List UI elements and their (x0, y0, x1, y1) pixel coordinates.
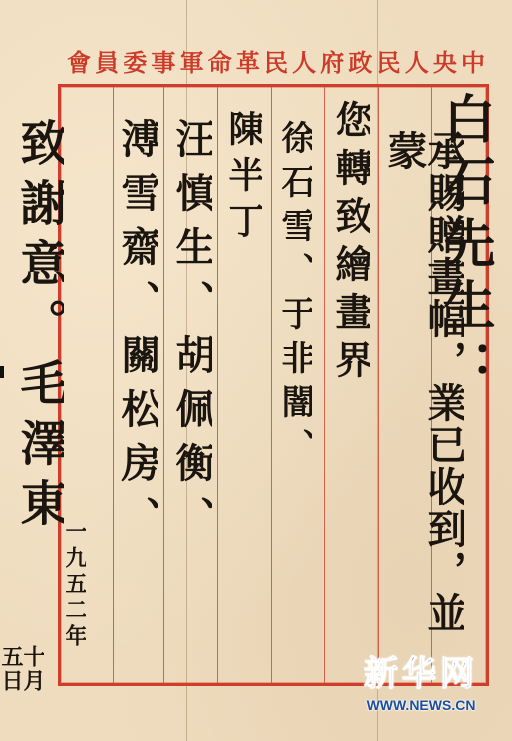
handwriting-date-day: 十月五日 (0, 645, 44, 705)
letterhead-char: 央 (432, 50, 458, 76)
handwriting-column: 徐石雪、于非闇、 (278, 120, 312, 680)
handwriting-column: 您轉致繪畫界 (332, 100, 370, 660)
watermark-url: WWW.NEWS.CN (356, 696, 486, 714)
handwriting-column: 汪慎生、胡佩衡、 (172, 118, 212, 598)
letterhead-char: 命 (207, 50, 233, 76)
handwriting-column: 溥雪齋、關松房、 (118, 118, 158, 718)
handwriting-column: 陳半丁 (226, 110, 262, 670)
letterhead: 中 央 人 民 政 府 人 民 革 命 軍 事 委 員 會 (66, 50, 486, 76)
letterhead-char: 委 (122, 50, 148, 76)
column-rule (217, 87, 218, 683)
letterhead-char: 員 (94, 50, 120, 76)
handwriting-column: 承賜贈畫幅，業已收到，並蒙 (384, 130, 464, 650)
handwriting-closing: 致謝意。毛澤東 (16, 118, 64, 638)
handwriting-date: 一九五二年 (64, 520, 86, 740)
column-rule (324, 87, 325, 683)
xinhua-watermark: 新华网 WWW.NEWS.CN (356, 654, 486, 714)
column-rule (378, 87, 379, 683)
letterhead-char: 民 (263, 50, 289, 76)
column-rule (113, 87, 114, 683)
letterhead-char: 中 (460, 50, 486, 76)
letterhead-char: 民 (376, 50, 402, 76)
letter-paper: 中 央 人 民 政 府 人 民 革 命 軍 事 委 員 會 白石先生： 承賜贈畫… (0, 0, 512, 741)
letterhead-char: 事 (150, 50, 176, 76)
letterhead-char: 會 (66, 50, 92, 76)
letterhead-char: 軍 (179, 50, 205, 76)
letterhead-char: 府 (319, 50, 345, 76)
watermark-logo-text: 新华网 (356, 654, 486, 694)
column-rule (271, 87, 272, 683)
letterhead-char: 革 (235, 50, 261, 76)
column-rule (163, 87, 164, 683)
letterhead-char: 政 (347, 50, 373, 76)
edge-mark (0, 366, 4, 378)
letterhead-char: 人 (404, 50, 430, 76)
letterhead-char: 人 (291, 50, 317, 76)
